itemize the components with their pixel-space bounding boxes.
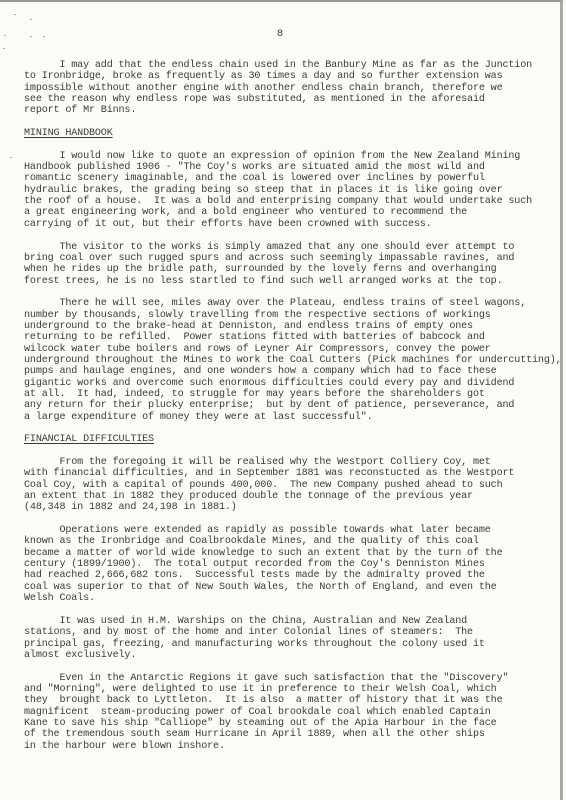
page-number: 8 (0, 28, 560, 40)
paragraph: Operations were extended as rapidly as p… (24, 525, 554, 604)
text-line: had reached 2,666,682 tons. Successful t… (24, 570, 554, 581)
paragraph: There he will see, miles away over the P… (24, 298, 554, 423)
text-line: underground to the brake-head at Dennist… (24, 321, 554, 332)
text-line: impossible without another engine with a… (24, 83, 554, 94)
text-line: Coal Coy, with a capital of pounds 400,0… (24, 480, 554, 491)
text-line: Handbook published 1906 - "The Coy's wor… (24, 162, 554, 173)
section-heading-wrap: FINANCIAL DIFFICULTIES (24, 434, 554, 445)
text-line: pumps and haulage engines, and one wonde… (24, 366, 554, 377)
text-line: number by thousands, slowly travelling f… (24, 310, 554, 321)
text-line: forest trees, he is no less startled to … (24, 276, 554, 287)
paragraph: I would now like to quote an expression … (24, 151, 554, 230)
text-line: known as the Ironbridge and Coalbrookdal… (24, 536, 554, 547)
section-heading: MINING HANDBOOK (24, 128, 113, 139)
text-line: Even in the Antarctic Regions it gave su… (24, 673, 554, 684)
text-line: underground throughout the Mines to work… (24, 355, 554, 366)
text-line: stations, and by most of the home and in… (24, 627, 554, 638)
text-line: From the foregoing it will be realised w… (24, 457, 554, 468)
text-line: It was used in H.M. Warships on the Chin… (24, 616, 554, 627)
paragraph: I may add that the endless chain used in… (24, 60, 554, 117)
section-heading: FINANCIAL DIFFICULTIES (24, 434, 154, 445)
text-line: Operations were extended as rapidly as p… (24, 525, 554, 536)
text-line: The visitor to the works is simply amaze… (24, 242, 554, 253)
text-line: carrying of it out, but their efforts ha… (24, 219, 554, 230)
text-line: magnificent steam-producing power of Coa… (24, 707, 554, 718)
text-line: of the tremendous south seam Hurricane i… (24, 729, 554, 740)
text-line: I may add that the endless chain used in… (24, 60, 554, 71)
document-page: 8 I may add that the endless chain used … (0, 0, 563, 800)
text-line: Kane to save his ship "Calliope" by stea… (24, 718, 554, 729)
text-line: at all. It had, indeed, to struggle for … (24, 389, 554, 400)
text-line: There he will see, miles away over the P… (24, 298, 554, 309)
document-body: I may add that the endless chain used in… (24, 60, 554, 763)
text-line: Welsh Coals. (24, 593, 554, 604)
paragraph: The visitor to the works is simply amaze… (24, 242, 554, 287)
text-line: when he rides up the bridle path, surrou… (24, 264, 554, 275)
text-line: in the harbour were blown inshore. (24, 741, 554, 752)
text-line: an extent that in 1882 they produced dou… (24, 491, 554, 502)
text-line: became a matter of world wide knowledge … (24, 548, 554, 559)
text-line: any return for their plucky enterprise; … (24, 400, 554, 411)
text-line: century (1899/1900). The total output re… (24, 559, 554, 570)
text-line: (48,348 in 1882 and 24,198 in 1881.) (24, 502, 554, 513)
text-line: a large expenditure of money they were a… (24, 412, 554, 423)
text-line: report of Mr Binns. (24, 105, 554, 116)
text-line: with financial difficulties, and in Sept… (24, 468, 554, 479)
paragraph: It was used in H.M. Warships on the Chin… (24, 616, 554, 661)
text-line: coal was superior to that of New South W… (24, 582, 554, 593)
text-line: the roof of a house. It was a bold and e… (24, 196, 554, 207)
section-heading-wrap: MINING HANDBOOK (24, 128, 554, 139)
text-line: hydraulic brakes, the grading being so s… (24, 185, 554, 196)
text-line: and "Morning", were delighted to use it … (24, 684, 554, 695)
text-line: bring coal over such rugged spurs and ac… (24, 253, 554, 264)
text-line: to Ironbridge, broke as frequently as 30… (24, 71, 554, 82)
text-line: gigantic works and overcome such enormou… (24, 378, 554, 389)
text-line: romantic scenery imaginable, and the coa… (24, 173, 554, 184)
paragraph: Even in the Antarctic Regions it gave su… (24, 673, 554, 752)
text-line: almost exclusively. (24, 650, 554, 661)
text-line: I would now like to quote an expression … (24, 151, 554, 162)
text-line: wilcock water tube boilers and rows of L… (24, 344, 554, 355)
text-line: see the reason why endless rope was subs… (24, 94, 554, 105)
text-line: returning to be refilled. Power stations… (24, 332, 554, 343)
text-line: a great engineering work, and a bold eng… (24, 207, 554, 218)
text-line: they brought back to Lyttleton. It is al… (24, 695, 554, 706)
text-line: principal gas, freezing, and manufacturi… (24, 639, 554, 650)
paragraph: From the foregoing it will be realised w… (24, 457, 554, 514)
